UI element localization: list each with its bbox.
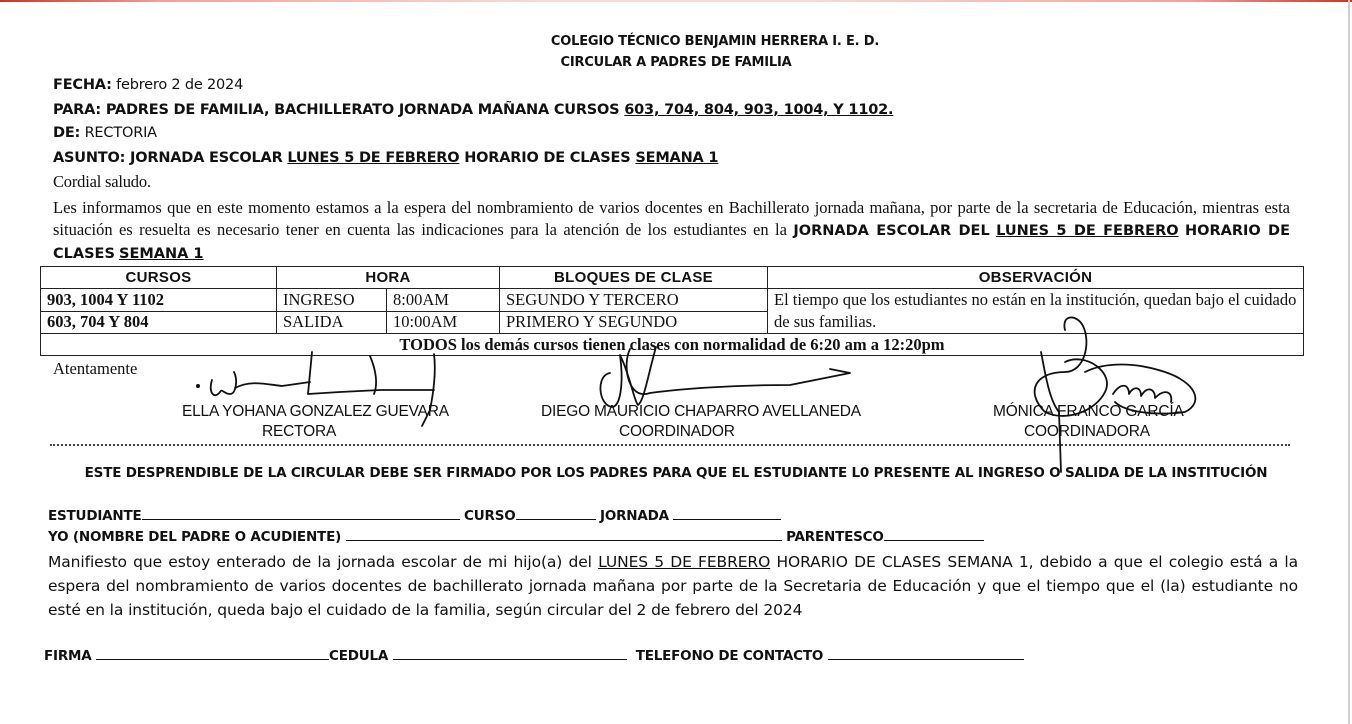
asunto-mid: HORARIO DE CLASES — [464, 150, 630, 166]
statement-paragraph: Manifiesto que estoy enterado de la jorn… — [48, 550, 1298, 622]
cell-bloques: PRIMERO Y SEGUNDO — [500, 311, 768, 334]
signer-name-2: DIEGO MAURICIO CHAPARRO AVELLANEDA — [541, 403, 861, 421]
para-line: PARA: PADRES DE FAMILIA, BACHILLERATO JO… — [53, 102, 893, 118]
asunto-line: ASUNTO: JORNADA ESCOLAR LUNES 5 DE FEBRE… — [53, 150, 718, 166]
signature-coordinadora — [1025, 312, 1225, 472]
padre-field[interactable] — [346, 528, 782, 541]
signer-name-1: ELLA YOHANA GONZALEZ GUEVARA — [182, 403, 449, 421]
cell-tipo: SALIDA — [277, 311, 387, 334]
table-header-row: CURSOS HORA BLOQUES DE CLASE OBSERVACIÓN — [41, 267, 1304, 289]
signer-role-2: COORDINADOR — [619, 423, 735, 441]
asunto-date: LUNES 5 DE FEBRERO — [287, 150, 459, 166]
intro-bold-1: JORNADA ESCOLAR DEL — [793, 223, 989, 239]
fecha-value: febrero 2 de 2024 — [116, 77, 243, 93]
parentesco-field[interactable] — [884, 528, 984, 541]
cell-bloques: SEGUNDO Y TERCERO — [500, 289, 768, 312]
de-label: DE: — [53, 125, 80, 141]
cell-hora: 8:00AM — [387, 289, 500, 312]
cell-cursos: 903, 1004 Y 1102 — [41, 289, 277, 312]
cell-cursos: 603, 704 Y 804 — [41, 311, 277, 334]
firma-row: FIRMA CEDULA TELEFONO DE CONTACTO — [44, 647, 1024, 664]
header-cursos: CURSOS — [41, 267, 277, 289]
intro-paragraph: Les informamos que en este momento estam… — [53, 197, 1290, 265]
greeting: Cordial saludo. — [53, 172, 151, 192]
estudiante-field[interactable] — [142, 507, 460, 520]
signer-role-3: COORDINADORA — [1024, 423, 1150, 441]
signer-role-1: RECTORA — [262, 423, 336, 441]
fecha-label: FECHA: — [53, 77, 112, 93]
intro-bold-week: SEMANA 1 — [119, 246, 204, 262]
de-value: RECTORIA — [85, 125, 157, 141]
detach-instruction: ESTE DESPRENDIBLE DE LA CIRCULAR DEBE SE… — [0, 465, 1352, 481]
cedula-field[interactable] — [393, 647, 627, 660]
header-bloques: BLOQUES DE CLASE — [500, 267, 768, 289]
cedula-label: CEDULA — [329, 648, 388, 664]
para-label: PARA: PADRES DE FAMILIA, BACHILLERATO JO… — [53, 102, 619, 118]
estudiante-label: ESTUDIANTE — [48, 508, 142, 524]
curso-field[interactable] — [516, 507, 596, 520]
intro-bold-date: LUNES 5 DE FEBRERO — [996, 223, 1178, 239]
asunto-week: SEMANA 1 — [635, 150, 718, 166]
header-observacion: OBSERVACIÓN — [768, 267, 1304, 289]
statement-date: LUNES 5 DE FEBRERO — [598, 553, 770, 571]
firma-label: FIRMA — [44, 648, 92, 664]
estudiante-row: ESTUDIANTE CURSO JORNADA — [48, 507, 781, 524]
detach-cut-line — [50, 444, 1290, 448]
document-type-title: CIRCULAR A PADRES DE FAMILIA — [0, 55, 1352, 70]
header-hora: HORA — [277, 267, 500, 289]
signer-name-3: MÓNICA FRANCO GARCÍA — [993, 403, 1184, 421]
jornada-label: JORNADA — [600, 508, 669, 524]
statement-text-1: Manifiesto que estoy enterado de la jorn… — [48, 553, 592, 571]
firma-field[interactable] — [96, 647, 329, 660]
table-row: 903, 1004 Y 1102 INGRESO 8:00AM SEGUNDO … — [41, 289, 1304, 312]
cell-hora: 10:00AM — [387, 311, 500, 334]
curso-label: CURSO — [464, 508, 515, 524]
para-courses: 603, 704, 804, 903, 1004, Y 1102. — [624, 102, 893, 118]
padre-row: YO (NOMBRE DEL PADRE O ACUDIENTE) PARENT… — [48, 528, 984, 545]
fecha-line: FECHA: febrero 2 de 2024 — [53, 77, 243, 93]
telefono-label: TELEFONO DE CONTACTO — [636, 648, 823, 664]
parentesco-label: PARENTESCO — [786, 529, 884, 545]
jornada-field[interactable] — [673, 507, 781, 520]
scan-edge-strip — [0, 0, 1352, 2]
telefono-field[interactable] — [828, 647, 1024, 660]
padre-label: YO (NOMBRE DEL PADRE O ACUDIENTE) — [48, 529, 341, 545]
institution-title: COLEGIO TÉCNICO BENJAMIN HERRERA I. E. D… — [0, 34, 1352, 49]
de-line: DE: RECTORIA — [53, 125, 157, 141]
cell-tipo: INGRESO — [277, 289, 387, 312]
page-right-edge — [1348, 0, 1350, 724]
closing: Atentamente — [53, 359, 137, 379]
asunto-label: ASUNTO: JORNADA ESCOLAR — [53, 150, 283, 166]
